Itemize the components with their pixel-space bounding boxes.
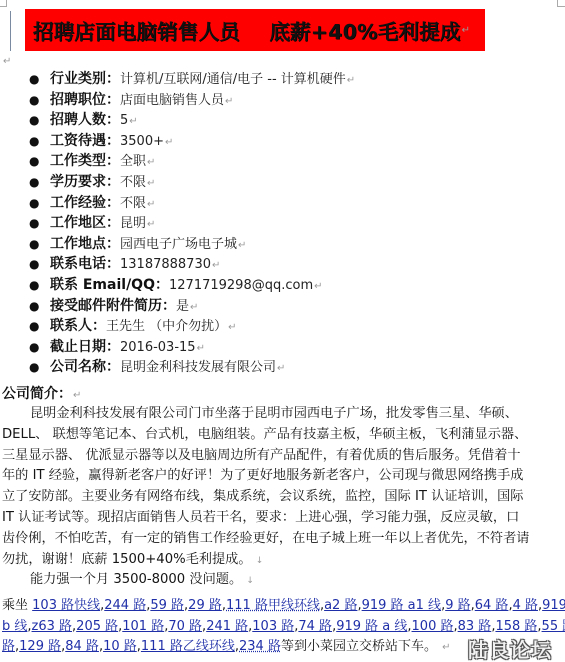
bus-route-link[interactable]: 158 路 xyxy=(495,619,537,634)
info-item: ●联系 Email/QQ：1271719298@qq.com↵ xyxy=(0,275,565,296)
bus-route-link[interactable]: a2 路 xyxy=(324,598,357,613)
paragraph-mark-icon: ↵ xyxy=(314,281,322,292)
paragraph-mark-icon: ↵ xyxy=(129,116,137,127)
bus-route-link[interactable]: 234 路 xyxy=(239,639,281,654)
bus-route-link[interactable]: 103 路快线 xyxy=(32,598,100,613)
bus-route-link[interactable]: 100 路 xyxy=(412,619,454,634)
info-label: 接受邮件附件简历： xyxy=(50,298,176,314)
info-label: 行业类别： xyxy=(50,71,120,87)
bus-route-link[interactable]: 路 xyxy=(2,639,15,654)
paragraph-mark-icon: ↵ xyxy=(347,75,355,86)
bus-route-link[interactable]: 101 路 xyxy=(122,619,164,634)
bullet-icon: ● xyxy=(29,90,39,111)
info-value: 13187888730 xyxy=(120,257,211,272)
line-break-icon: ↓ xyxy=(256,556,264,566)
paragraph-mark-icon: ↵ xyxy=(238,240,246,251)
bus-route-link[interactable]: 919 路 a 线 xyxy=(336,619,407,634)
line-break-icon: ↓ xyxy=(246,576,254,586)
paragraph-mark-icon: ↵ xyxy=(147,178,155,189)
info-item: ●工作经验：不限↵ xyxy=(0,193,565,214)
bus-route-link[interactable]: 103 路 xyxy=(252,619,294,634)
info-label: 招聘职位： xyxy=(50,92,120,108)
bus-route-link[interactable]: b 线 xyxy=(2,619,27,634)
bus-route-link[interactable]: 55 路 xyxy=(542,619,565,634)
bus-route-link[interactable]: 29 路 xyxy=(188,598,222,613)
intro-line: 勿扰，谢谢！底薪 1500+40%毛利提成。 ↓ xyxy=(2,550,562,571)
paragraph-mark-icon: ↵ xyxy=(165,137,173,148)
intro-line: 年的 IT 经验，赢得新老客户的好评！为了更好地服务新老客户，公司现与微思网络携… xyxy=(2,466,562,487)
intro-line: 昆明金利科技发展有限公司门市坐落于昆明市园西电子广场，批发零售三星、华硕、 xyxy=(2,404,562,425)
bus-route-link[interactable]: 111 路甲线环线 xyxy=(226,598,320,613)
bullet-icon: ● xyxy=(29,316,39,337)
bus-route-link[interactable]: 74 路 xyxy=(298,619,332,634)
bus-route-link[interactable]: 9 路 xyxy=(445,598,470,613)
info-value: 2016-03-15 xyxy=(120,340,196,355)
info-label: 工作地区： xyxy=(50,215,120,231)
bullet-icon: ● xyxy=(29,172,39,193)
job-info-list: ●行业类别：计算机/互联网/通信/电子 -- 计算机硬件↵●招聘职位：店面电脑销… xyxy=(0,69,565,378)
bus-route-link[interactable]: 59 路 xyxy=(150,598,184,613)
info-item: ●工作地点：园西电子广场电子城↵ xyxy=(0,234,565,255)
paragraph-mark-icon: ↵ xyxy=(212,260,220,271)
info-item: ●学历要求：不限↵ xyxy=(0,172,565,193)
paragraph-mark-icon: ↵ xyxy=(190,302,198,313)
info-label: 工作经验： xyxy=(50,195,120,211)
bullet-icon: ● xyxy=(29,110,39,131)
info-item: ●接受邮件附件简历：是↵ xyxy=(0,296,565,317)
intro-line: IT 认证考试等。现招店面销售人员若干名，要求：上进心强，学习能力强，反应灵敏，… xyxy=(2,508,562,529)
title-banner: 招聘店面电脑销售人员 底薪+40%毛利提成 ↵ xyxy=(25,9,485,51)
info-item: ●工资待遇：3500+↵ xyxy=(0,131,565,152)
info-value: 是 xyxy=(176,299,189,314)
company-intro-text: 昆明金利科技发展有限公司门市坐落于昆明市园西电子广场，批发零售三星、华硕、 DE… xyxy=(2,404,562,591)
paragraph-mark-icon: ↵ xyxy=(3,56,11,67)
info-label: 学历要求： xyxy=(50,174,120,190)
text-cursor xyxy=(10,11,11,51)
paragraph-mark-icon: ↵ xyxy=(147,219,155,230)
info-value: 昆明金利科技发展有限公司 xyxy=(120,360,276,375)
info-value: 不限 xyxy=(120,196,146,211)
page-corner-mark xyxy=(557,0,565,7)
bus-route-link[interactable]: 84 路 xyxy=(65,639,99,654)
info-value: 不限 xyxy=(120,175,146,190)
intro-line: DELL、 联想等笔记本、台式机，电脑组装。产品有技嘉主板，华硕主板，飞利蒲显示… xyxy=(2,425,562,446)
bus-line: 乘坐 103 路快线,244 路,59 路,29 路,111 路甲线环线,a2 … xyxy=(2,596,562,617)
info-item: ●招聘人数：5↵ xyxy=(0,110,565,131)
bus-route-link[interactable]: z63 路 xyxy=(32,619,73,634)
paragraph-mark-icon: ↵ xyxy=(277,363,285,374)
info-label: 招聘人数： xyxy=(50,112,120,128)
bus-route-link[interactable]: 241 路 xyxy=(206,619,248,634)
bullet-icon: ● xyxy=(29,131,39,152)
paragraph-mark-icon: ↵ xyxy=(462,25,470,36)
info-label: 工作地点： xyxy=(50,236,120,252)
intro-line: 立了安防部。主要业务有网络布线，集成系统，会议系统，监控，国际 IT 认证培训，… xyxy=(2,487,562,508)
bus-suffix: 等到小菜园立交桥站下车。 xyxy=(281,639,437,654)
paragraph-mark-icon: ↵ xyxy=(225,96,233,107)
paragraph-mark-icon: ↵ xyxy=(442,642,450,653)
info-item: ●联系人：王先生 （中介勿扰）↵ xyxy=(0,316,565,337)
bullet-icon: ● xyxy=(29,275,39,296)
company-intro-heading: 公司简介：↵ xyxy=(2,383,81,403)
paragraph-mark-icon: ↵ xyxy=(147,157,155,168)
info-value: 3500+ xyxy=(120,134,164,149)
info-value: 计算机/互联网/通信/电子 -- 计算机硬件 xyxy=(120,72,346,87)
bullet-icon: ● xyxy=(29,193,39,214)
info-item: ●招聘职位：店面电脑销售人员↵ xyxy=(0,90,565,111)
info-value: 园西电子广场电子城 xyxy=(120,237,237,252)
info-label: 联系人： xyxy=(50,318,106,334)
bus-route-link[interactable]: 10 路 xyxy=(103,639,137,654)
bus-route-link[interactable]: 4 路 xyxy=(513,598,538,613)
info-value: 1271719298@qq.com xyxy=(169,278,313,293)
info-item: ●工作地区：昆明↵ xyxy=(0,213,565,234)
info-item: ●截止日期：2016-03-15↵ xyxy=(0,337,565,358)
bullet-icon: ● xyxy=(29,234,39,255)
info-item: ●行业类别：计算机/互联网/通信/电子 -- 计算机硬件↵ xyxy=(0,69,565,90)
bus-route-link[interactable]: 111 路乙线环线 xyxy=(141,639,235,654)
bus-route-link[interactable]: 83 路 xyxy=(458,619,492,634)
page-title: 招聘店面电脑销售人员 底薪+40%毛利提成 xyxy=(33,15,461,45)
intro-line: 三星显示器、 优派显示器等以及电脑周边所有产品配件，有着优质的售后服务。凭借着十 xyxy=(2,446,562,467)
info-item: ●工作类型：全职↵ xyxy=(0,151,565,172)
bullet-icon: ● xyxy=(29,69,39,90)
bus-route-link[interactable]: 64 路 xyxy=(475,598,509,613)
paragraph-mark-icon: ↵ xyxy=(197,343,205,354)
info-value: 王先生 （中介勿扰） xyxy=(106,319,227,334)
info-label: 工作类型： xyxy=(50,153,120,169)
paragraph-mark-icon: ↵ xyxy=(73,390,81,401)
bus-route-link[interactable]: 205 路 xyxy=(76,619,118,634)
bullet-icon: ● xyxy=(29,296,39,317)
info-value: 店面电脑销售人员 xyxy=(120,93,224,108)
bus-route-link[interactable]: 919 路 xyxy=(542,598,565,613)
info-label: 工资待遇： xyxy=(50,133,120,149)
info-label: 联系电话： xyxy=(50,256,120,272)
info-value: 5 xyxy=(120,113,128,128)
paragraph-mark-icon: ↵ xyxy=(147,199,155,210)
forum-watermark: 陆良论坛 xyxy=(468,634,552,662)
paragraph-mark-icon: ↵ xyxy=(228,322,236,333)
info-value: 昆明 xyxy=(120,216,146,231)
bullet-icon: ● xyxy=(29,337,39,358)
info-label: 联系 Email/QQ： xyxy=(50,277,169,293)
page-corner-mark xyxy=(0,0,7,7)
info-item: ●公司名称：昆明金利科技发展有限公司↵ xyxy=(0,357,565,378)
intro-extra-line: 能力强一个月 3500-8000 没问题。 ↓ xyxy=(2,570,562,591)
info-label: 截止日期： xyxy=(50,339,120,355)
intro-line: 齿伶俐，不怕吃苦，有一定的销售工作经验更好，在电子城上班一年以上者优先，不符者请 xyxy=(2,529,562,550)
bullet-icon: ● xyxy=(29,254,39,275)
bus-route-link[interactable]: 919 路 a1 线 xyxy=(362,598,441,613)
bus-route-link[interactable]: 129 路 xyxy=(19,639,61,654)
info-value: 全职 xyxy=(120,154,146,169)
info-label: 公司名称： xyxy=(50,359,120,375)
bullet-icon: ● xyxy=(29,213,39,234)
bus-route-link[interactable]: 244 路 xyxy=(104,598,146,613)
bullet-icon: ● xyxy=(29,151,39,172)
info-item: ●联系电话：13187888730↵ xyxy=(0,254,565,275)
bus-prefix: 乘坐 xyxy=(2,598,28,613)
bullet-icon: ● xyxy=(29,357,39,378)
bus-route-link[interactable]: 70 路 xyxy=(168,619,202,634)
